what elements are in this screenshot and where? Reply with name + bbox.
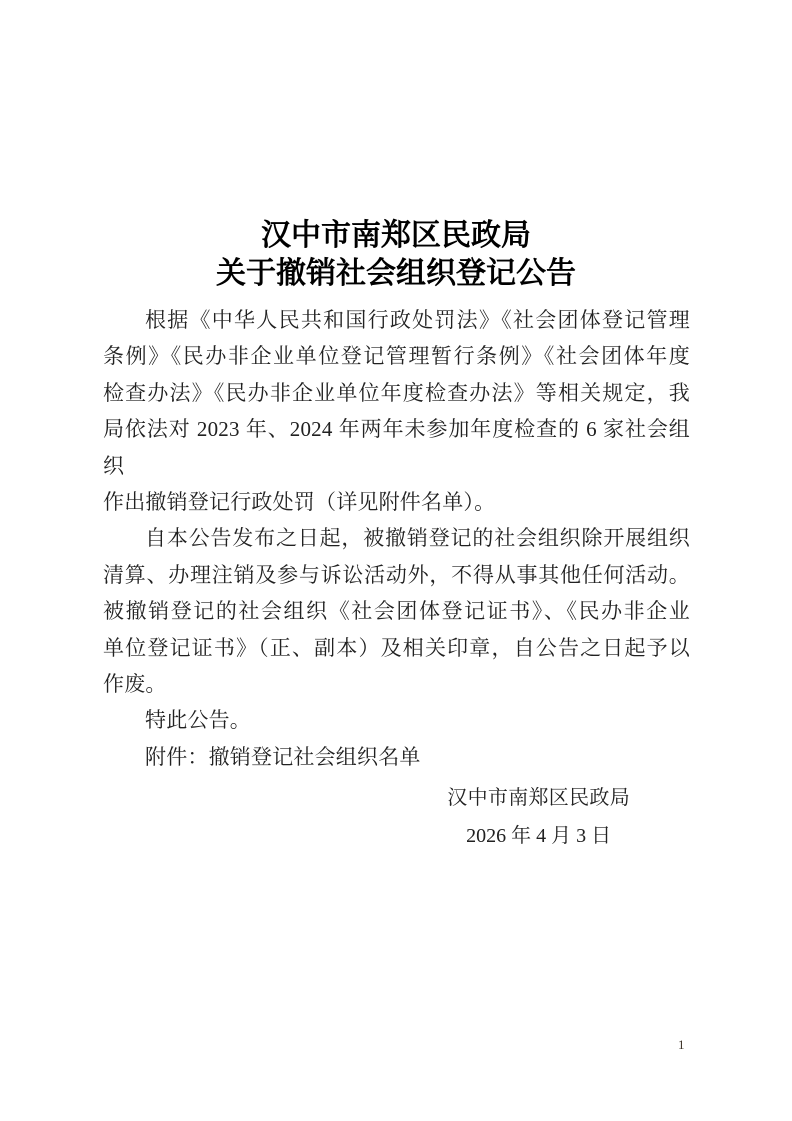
- body-line: 检查办法》《民办非企业单位年度检查办法》等相关规定，我: [103, 375, 690, 411]
- signature-issuer: 汉中市南郑区民政局: [447, 779, 630, 817]
- document-title-line2: 关于撤销社会组织登记公告: [0, 255, 792, 293]
- body-line: 作出撤销登记行政处罚（详见附件名单）。: [103, 484, 690, 520]
- body-line: 清算、办理注销及参与诉讼活动外，不得从事其他任何活动。: [103, 557, 690, 593]
- page-number: 1: [678, 1037, 685, 1052]
- document-title-line1: 汉中市南郑区民政局: [0, 217, 792, 255]
- body-line: 被撤销登记的社会组织《社会团体登记证书》、《民办非企业: [103, 593, 690, 629]
- body-line: 特此公告。: [103, 702, 690, 738]
- body-line: 条例》《民办非企业单位登记管理暂行条例》《社会团体年度: [103, 338, 690, 374]
- body-line: 作废。: [103, 666, 690, 702]
- body-line: 局依法对 2023 年、2024 年两年未参加年度检查的 6 家社会组织: [103, 411, 690, 484]
- signature-date: 2026 年 4 月 3 日: [447, 817, 630, 855]
- body-line: 根据《中华人民共和国行政处罚法》《社会团体登记管理: [103, 302, 690, 338]
- document-body: 根据《中华人民共和国行政处罚法》《社会团体登记管理 条例》《民办非企业单位登记管…: [103, 302, 690, 775]
- body-line: 单位登记证书》（正、副本）及相关印章，自公告之日起予以: [103, 630, 690, 666]
- document-page: 汉中市南郑区民政局 关于撤销社会组织登记公告 根据《中华人民共和国行政处罚法》《…: [0, 0, 792, 1121]
- attachment-line: 附件：撤销登记社会组织名单: [103, 739, 690, 775]
- body-line: 自本公告发布之日起，被撤销登记的社会组织除开展组织: [103, 520, 690, 556]
- document-title: 汉中市南郑区民政局 关于撤销社会组织登记公告: [0, 217, 792, 293]
- signature-block: 汉中市南郑区民政局 2026 年 4 月 3 日: [447, 779, 630, 855]
